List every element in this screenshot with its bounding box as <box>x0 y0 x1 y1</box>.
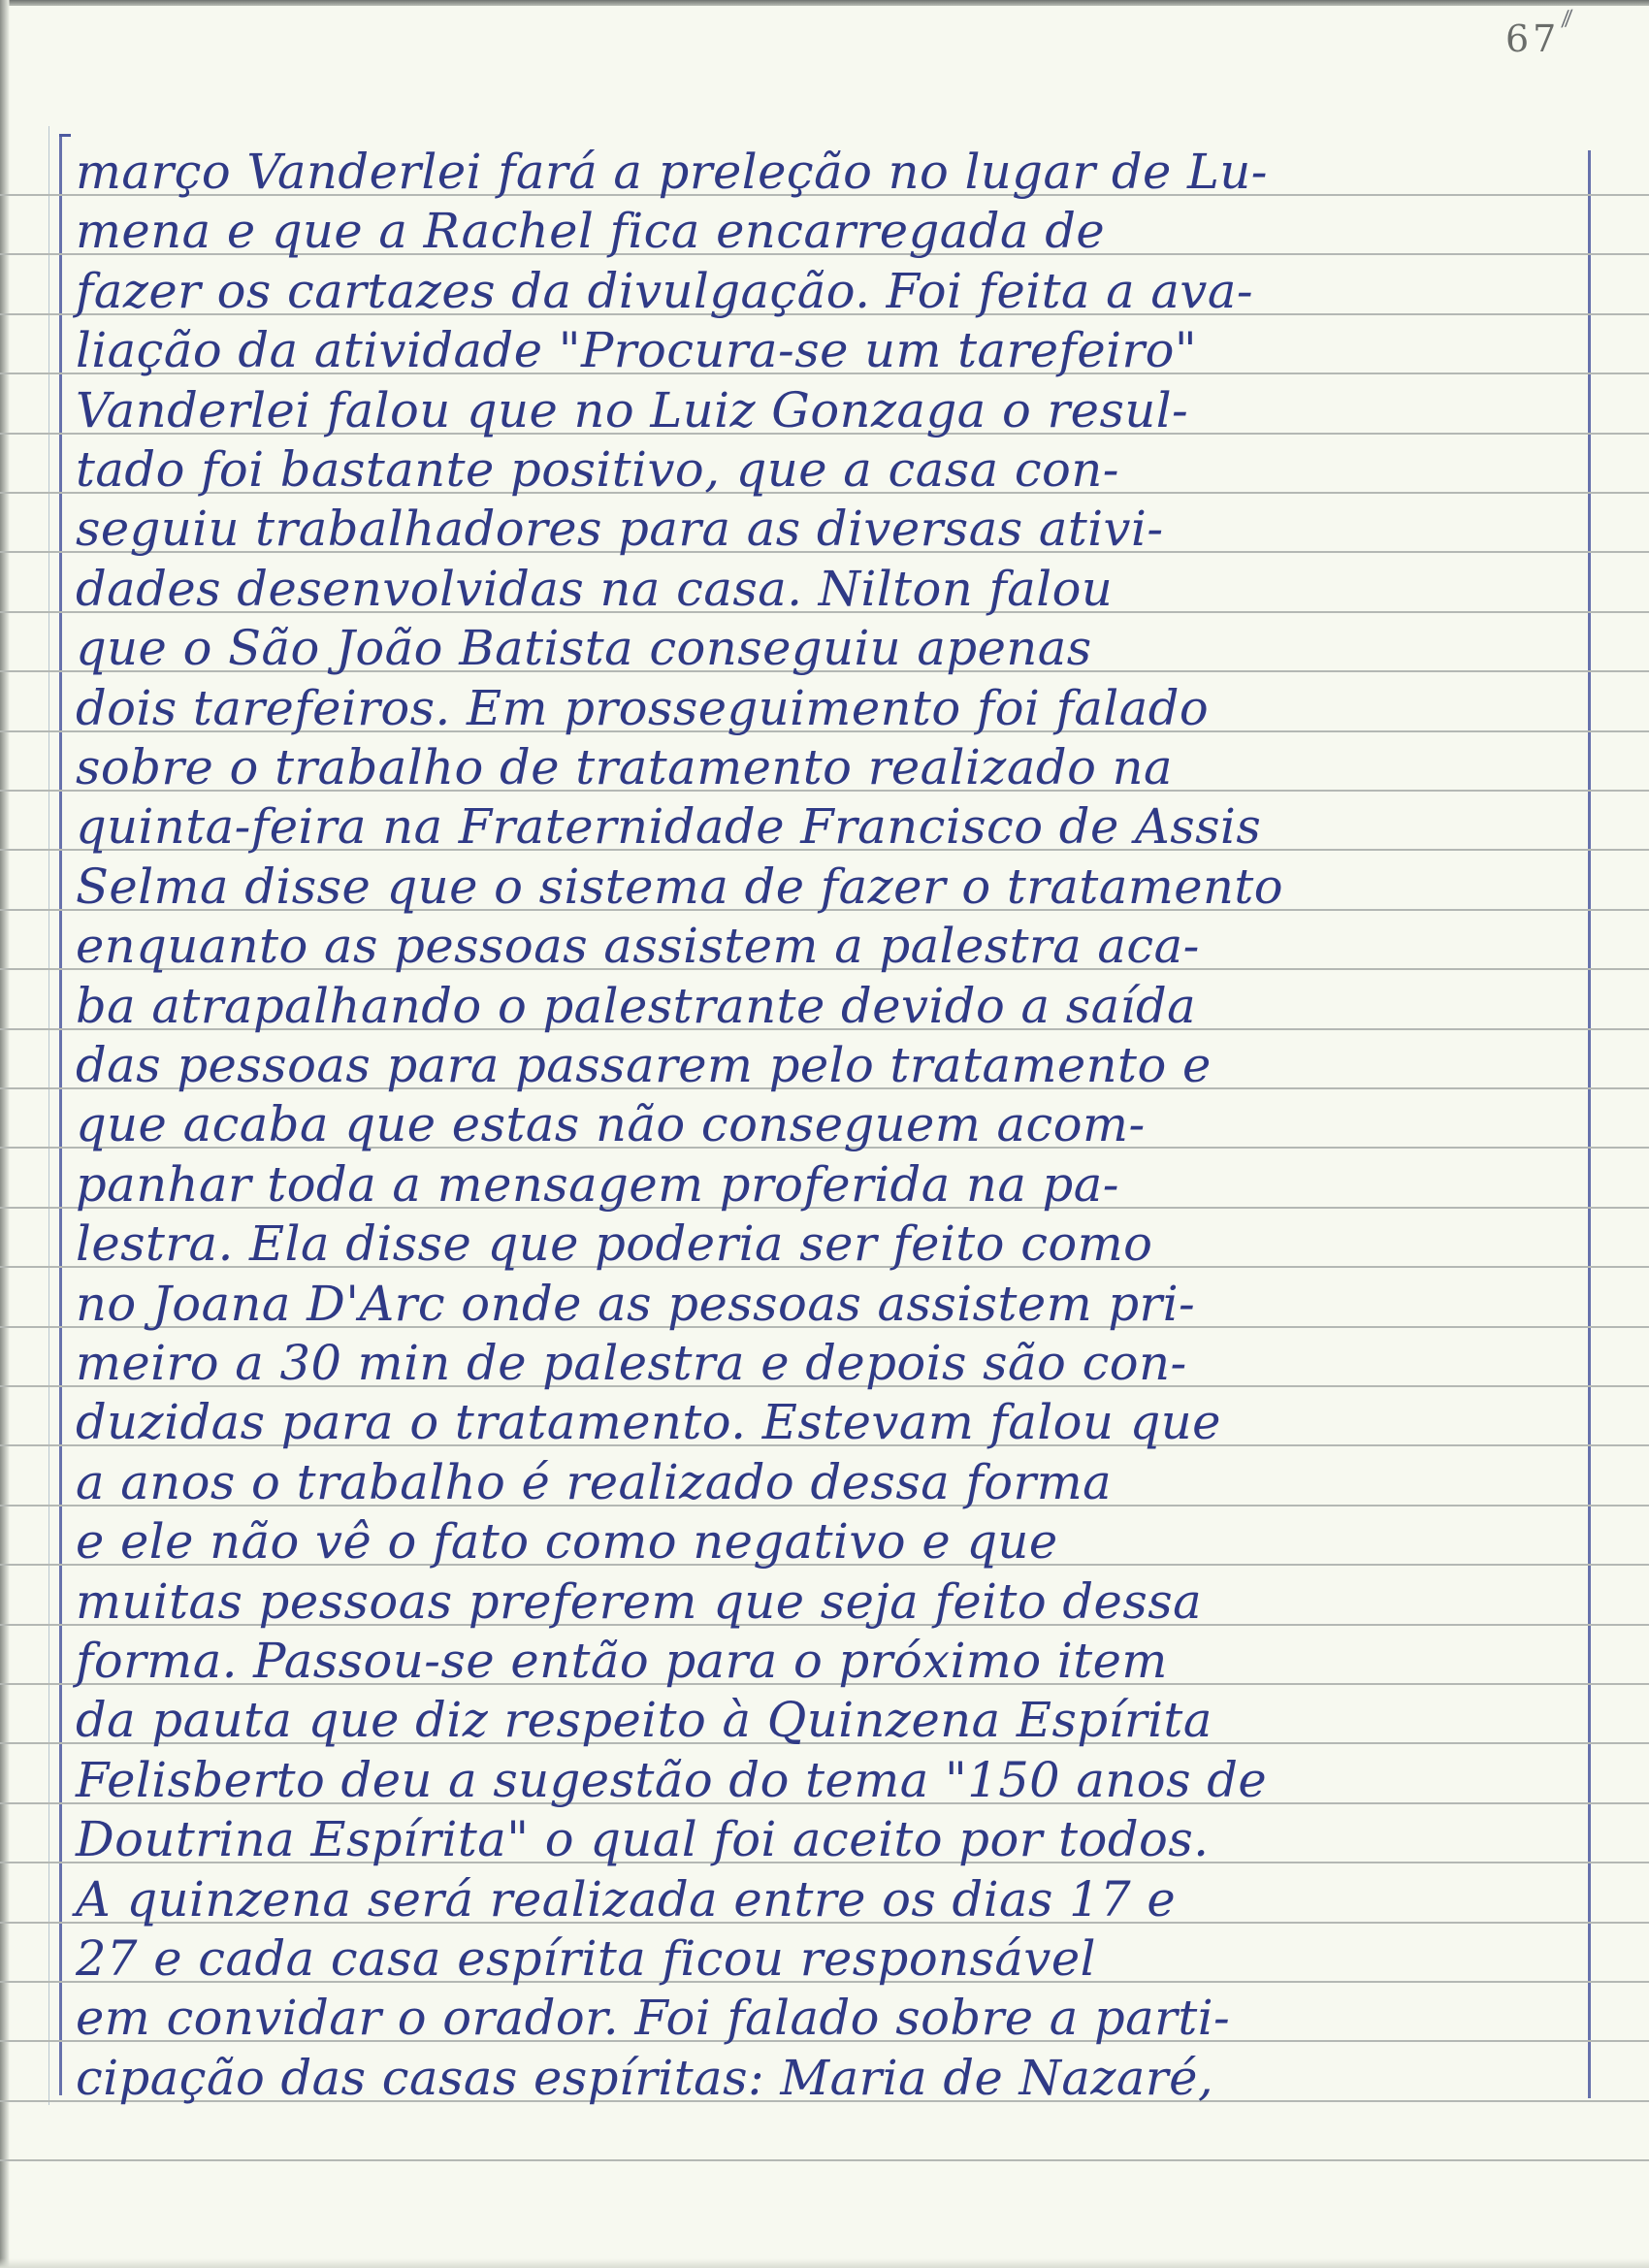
handwritten-line: quinta-feira na Fraternidade Francisco d… <box>76 793 1573 860</box>
handwritten-line: ba atrapalhando o palestrante devido a s… <box>76 972 1573 1040</box>
handwritten-line: sobre o trabalho de tratamento realizado… <box>76 733 1573 801</box>
handwritten-line: enquanto as pessoas assistem a palestra … <box>76 912 1573 980</box>
handwritten-line: lestra. Ela disse que poderia ser feito … <box>76 1210 1573 1278</box>
handwritten-line: e ele não vê o fato como negativo e que <box>76 1507 1573 1575</box>
handwritten-line: Vanderlei falou que no Luiz Gonzaga o re… <box>76 376 1573 444</box>
handwritten-left-margin-tick <box>59 134 71 137</box>
scan-edge-top <box>0 0 1649 6</box>
scan-edge-left <box>0 0 10 2268</box>
handwritten-line: mena e que a Rachel fica encarregada de <box>76 197 1573 265</box>
handwritten-line: 27 e cada casa espírita ficou responsáve… <box>76 1925 1573 1993</box>
handwritten-line: meiro a 30 min de palestra e depois são … <box>76 1329 1573 1397</box>
handwritten-line: cipação das casas espíritas: Maria de Na… <box>76 2044 1573 2112</box>
handwritten-line: Doutrina Espírita" o qual foi aceito por… <box>76 1805 1573 1873</box>
handwritten-line: da pauta que diz respeito à Quinzena Esp… <box>76 1686 1573 1754</box>
handwritten-line: que o São João Batista conseguiu apenas <box>76 614 1573 682</box>
paper-margin-line <box>48 126 49 2105</box>
handwritten-line: panhar toda a mensagem proferida na pa- <box>76 1150 1573 1218</box>
scan-edge-bottom <box>0 2258 1649 2268</box>
handwritten-line: no Joana D'Arc onde as pessoas assistem … <box>76 1270 1573 1338</box>
handwritten-line: dois tarefeiros. Em prosseguimento foi f… <box>76 674 1573 742</box>
scanned-notebook-page: 67 ⁄⁄ março Vanderlei fará a preleção no… <box>0 0 1649 2268</box>
handwritten-line: A quinzena será realizada entre os dias … <box>76 1865 1573 1933</box>
handwritten-line: a anos o trabalho é realizado dessa form… <box>76 1448 1573 1516</box>
handwritten-line: Felisberto deu a sugestão do tema "150 a… <box>76 1746 1573 1814</box>
handwritten-line: dades desenvolvidas na casa. Nilton falo… <box>76 555 1573 623</box>
handwritten-line: março Vanderlei fará a preleção no lugar… <box>76 138 1573 206</box>
handwritten-line: liação da atividade "Procura-se um taref… <box>76 316 1573 384</box>
handwritten-line: seguiu trabalhadores para as diversas at… <box>76 495 1573 563</box>
handwritten-line: das pessoas para passarem pelo tratament… <box>76 1031 1573 1099</box>
handwritten-left-margin-line <box>59 134 62 2095</box>
ruled-line <box>0 2159 1649 2161</box>
handwritten-line: em convidar o orador. Foi falado sobre a… <box>76 1984 1573 2052</box>
handwritten-line: que acaba que estas não conseguem acom- <box>76 1090 1573 1158</box>
handwritten-line: muitas pessoas preferem que seja feito d… <box>76 1568 1573 1636</box>
page-number-annotation: ⁄⁄ <box>1562 8 1573 33</box>
handwritten-right-margin-line <box>1588 150 1591 2098</box>
handwritten-line: Selma disse que o sistema de fazer o tra… <box>76 853 1573 921</box>
handwritten-line: forma. Passou-se então para o próximo it… <box>76 1627 1573 1695</box>
page-number: 67 <box>1505 17 1560 60</box>
handwritten-line: duzidas para o tratamento. Estevam falou… <box>76 1388 1573 1456</box>
handwritten-line: fazer os cartazes da divulgação. Foi fei… <box>76 257 1573 325</box>
handwritten-line: tado foi bastante positivo, que a casa c… <box>76 436 1573 503</box>
